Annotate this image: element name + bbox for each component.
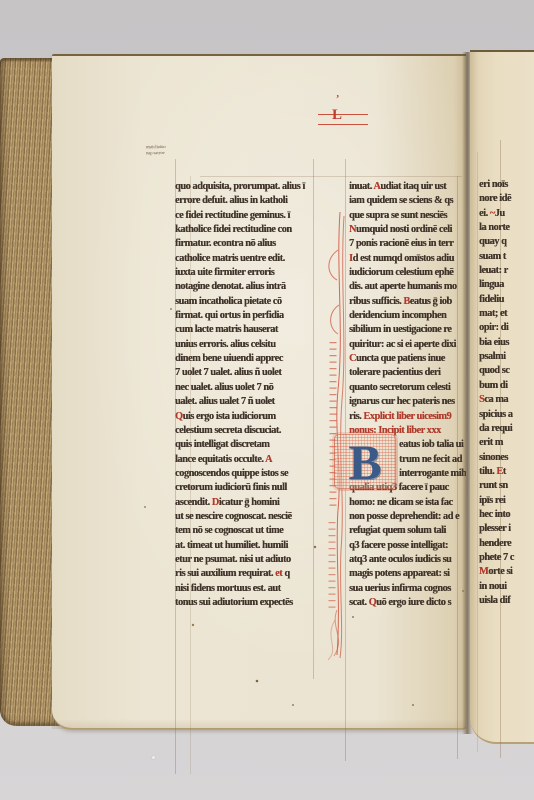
manuscript-line: ualet. alius ualet 7 ñ uolet bbox=[175, 395, 315, 409]
text-run: katholice fidei rectitudine con bbox=[175, 224, 292, 235]
text-run: quod sc bbox=[479, 365, 509, 376]
decorated-initial-penwork: B bbox=[334, 434, 396, 489]
text-run: q bbox=[282, 568, 289, 579]
text-run: homo: ne dicam se ista fac bbox=[349, 497, 453, 508]
manuscript-line: 7 ponis racionē eius in terr bbox=[349, 237, 466, 251]
manuscript-line: plesser i bbox=[479, 522, 534, 536]
manuscript-line: cretorum iudiciorū finis null bbox=[175, 481, 315, 495]
manuscript-line: Id est numqd omīstos adiu bbox=[349, 252, 466, 266]
text-run: atq3 ante oculos iudicis su bbox=[349, 554, 451, 565]
text-run: t bbox=[503, 466, 506, 477]
text-run: suam incatholica pietate cō bbox=[175, 296, 282, 307]
text-run: runt sn bbox=[479, 480, 508, 491]
text-run: ei. bbox=[479, 208, 490, 219]
manuscript-line: tonus sui adiutorium expectēs bbox=[175, 596, 315, 610]
manuscript-line: leuat: r bbox=[479, 264, 534, 278]
manuscript-line: Cuncta que patiens inue bbox=[349, 352, 466, 366]
manuscript-line: cognoscendos quippe istos se bbox=[175, 467, 315, 481]
manuscript-line: sinones bbox=[479, 451, 534, 465]
red-rule bbox=[318, 124, 368, 125]
manuscript-line: nec ualet. alius uolet 7 nō bbox=[175, 381, 315, 395]
manuscript-line: ce fidei rectitudine geminus. ī bbox=[175, 209, 315, 223]
text-run: tolerare pacientius deri bbox=[349, 367, 440, 378]
manuscript-line: psalmi bbox=[479, 350, 534, 364]
manuscript-line: nore idē bbox=[479, 192, 534, 206]
text-run: bia eius bbox=[479, 337, 509, 348]
manuscript-line: quay q bbox=[479, 235, 534, 249]
text-run: tilu. bbox=[479, 466, 496, 477]
manuscript-line: bum di bbox=[479, 379, 534, 393]
manuscript-line: atq3 ante oculos iudicis su bbox=[349, 553, 466, 567]
text-run: interrogante mihi bbox=[399, 468, 466, 479]
manuscript-line: firmatur. econtra nō alius bbox=[175, 237, 315, 251]
manuscript-line: tem nō se cognoscat ut time bbox=[175, 524, 315, 538]
text-run: sibilium in uestigacione re bbox=[349, 324, 451, 335]
manuscript-line: in noui bbox=[479, 580, 534, 594]
text-run: ribus sufficis. bbox=[349, 296, 403, 307]
text-run: iuxta uite firmiter erroris bbox=[175, 267, 274, 278]
manuscript-line: phete 7 c bbox=[479, 551, 534, 565]
marginal-gloss: msticlioiuo nap sacroe bbox=[146, 144, 180, 157]
text-run: erit m bbox=[479, 437, 503, 448]
text-run: nore idē bbox=[479, 193, 511, 204]
manuscript-line: quiritur: ac si ei aperte dixi bbox=[349, 338, 466, 352]
text-run: icatur ḡ homini bbox=[219, 497, 280, 508]
text-run: catholice matris uentre edit. bbox=[175, 253, 285, 264]
text-run: cretorum iudiciorū finis null bbox=[175, 482, 287, 493]
manuscript-line: lingua bbox=[479, 278, 534, 292]
manuscript-line: iuxta uite firmiter erroris bbox=[175, 266, 315, 280]
manuscript-line: at. timeat ut humiliet. humili bbox=[175, 539, 315, 553]
manuscript-line: refugiat quem solum tali bbox=[349, 524, 466, 538]
text-run: dinem bene uiuendi apprec bbox=[175, 353, 283, 364]
manuscript-line: sua uerius infirma cognos bbox=[349, 582, 466, 596]
manuscript-line: ignarus cur hec pateris nes bbox=[349, 395, 466, 409]
text-run: eatus iob talia ui bbox=[399, 439, 463, 450]
manuscript-line: Quis ergo ista iudiciorum bbox=[175, 410, 315, 424]
text-run: nisi fidens mortuus est. aut bbox=[175, 583, 281, 594]
text-run: fideliu bbox=[479, 294, 504, 305]
manuscript-line: fideliu bbox=[479, 293, 534, 307]
text-run: tonus sui adiutorium expectēs bbox=[175, 597, 293, 608]
manuscript-line: non posse deprehendit: ad e bbox=[349, 510, 466, 524]
text-run: lingua bbox=[479, 279, 504, 290]
manuscript-line: errore defuit. alius in katholi bbox=[175, 194, 315, 208]
manuscript-line: catholice matris uentre edit. bbox=[175, 252, 315, 266]
text-run: uncta que patiens inue bbox=[356, 353, 445, 364]
manuscript-line: 7 uolet 7 ualet. alius ñ uolet bbox=[175, 366, 315, 380]
red-tick-mark: ’ bbox=[336, 94, 339, 105]
text-run: iudiciorum celestium ephē bbox=[349, 267, 453, 278]
text-run: ignarus cur hec pateris nes bbox=[349, 396, 455, 407]
manuscript-line: magis potens appareat: si bbox=[349, 567, 466, 581]
text-run: 7 ponis racionē eius in terr bbox=[349, 238, 453, 249]
text-run: mat; et bbox=[479, 308, 507, 319]
manuscript-line: cum lacte matris hauserat bbox=[175, 323, 315, 337]
manuscript-line: bia eius bbox=[479, 336, 534, 350]
manuscript-line: katholice fidei rectitudine con bbox=[175, 223, 315, 237]
manuscript-line: Sca ma bbox=[479, 393, 534, 407]
manuscript-line: celestium secreta discuciat. bbox=[175, 424, 315, 438]
text-run: spicius a bbox=[479, 409, 512, 420]
manuscript-line: da requi bbox=[479, 422, 534, 436]
text-run: ualet. alius ualet 7 ñ uolet bbox=[175, 396, 275, 407]
text-run: ce fidei rectitudine geminus. ī bbox=[175, 210, 290, 221]
text-column-right: inuat. Audiat itaq uir ustiam quidem se … bbox=[349, 180, 466, 614]
text-run: udiat itaq uir ust bbox=[380, 181, 446, 192]
text-run: leuat: r bbox=[479, 265, 508, 276]
text-run: inuat. bbox=[349, 181, 373, 192]
manuscript-line: homo: ne dicam se ista fac bbox=[349, 496, 466, 510]
parchment-specks bbox=[52, 56, 54, 58]
manuscript-line: sibilium in uestigacione re bbox=[349, 323, 466, 337]
text-run: 7 uolet 7 ualet. alius ñ uolet bbox=[175, 367, 281, 378]
rubric-run: M bbox=[479, 566, 488, 577]
text-run: magis potens appareat: si bbox=[349, 568, 449, 579]
text-run: non posse deprehendit: ad e bbox=[349, 511, 459, 522]
manuscript-line: eri noīs bbox=[479, 178, 534, 192]
text-run: q3 facere posse intelligat: bbox=[349, 540, 448, 551]
text-run: quanto secretorum celesti bbox=[349, 382, 450, 393]
text-run: bum di bbox=[479, 380, 508, 391]
manuscript-line: tilu. Et bbox=[479, 465, 534, 479]
text-run: ris sui auxilium requirat. bbox=[175, 568, 275, 579]
manuscript-line: quis intelligat discretam bbox=[175, 438, 315, 452]
manuscript-line: nisi fidens mortuus est. aut bbox=[175, 582, 315, 596]
text-run: eatus ḡ iob bbox=[410, 296, 452, 307]
manuscript-line: hendere bbox=[479, 537, 534, 551]
text-run: ca ma bbox=[484, 394, 508, 405]
text-column-left: quo adquisita, prorumpat. alius īerrore … bbox=[175, 180, 315, 614]
text-run: uis ergo ista iudiciorum bbox=[183, 411, 276, 422]
text-run: Ju bbox=[495, 208, 505, 219]
text-run: hec into bbox=[479, 509, 510, 520]
text-run: celestium secreta discuciat. bbox=[175, 425, 281, 436]
manuscript-line: que supra se sunt nesciēs bbox=[349, 209, 466, 223]
red-rule bbox=[318, 114, 368, 115]
manuscript-line: ei. ~Ju bbox=[479, 207, 534, 221]
manuscript-line: ut se nescire cognoscat. nesciē bbox=[175, 510, 315, 524]
text-run: deridencium incomphen bbox=[349, 310, 446, 321]
text-run: sinones bbox=[479, 452, 508, 463]
text-run: nec ualet. alius uolet 7 nō bbox=[175, 382, 273, 393]
manuscript-line: lance equitatis occulte. A bbox=[175, 453, 315, 467]
manuscript-line: firmat. qui ortus in perfidia bbox=[175, 309, 315, 323]
manuscript-line: notagine denotat. alius intrā bbox=[175, 280, 315, 294]
manuscript-line: mat; et bbox=[479, 307, 534, 321]
manuscript-line: deridencium incomphen bbox=[349, 309, 466, 323]
ruling-line-top bbox=[200, 176, 462, 177]
text-run: uō ergo iure dicto s bbox=[376, 597, 451, 608]
text-run: iam quidem se sciens & qs bbox=[349, 195, 453, 206]
manuscript-line: ipīs rei bbox=[479, 494, 534, 508]
text-run: cum lacte matris hauserat bbox=[175, 324, 278, 335]
rubric-run: Q bbox=[175, 411, 183, 422]
manuscript-line: runt sn bbox=[479, 479, 534, 493]
manuscript-line: Morte si bbox=[479, 565, 534, 579]
text-run: dis. aut aperte humanis mo bbox=[349, 281, 457, 292]
manuscript-line: ris. Explicit liber uicesim9 bbox=[349, 410, 466, 424]
manuscript-line: suam t bbox=[479, 250, 534, 264]
text-run: opir: di bbox=[479, 322, 508, 333]
text-run: umquid nosti ordinē celi bbox=[356, 224, 452, 235]
manuscript-line: iudiciorum celestium ephē bbox=[349, 266, 466, 280]
manuscript-line: la norte bbox=[479, 221, 534, 235]
manuscript-line: inuat. Audiat itaq uir ust bbox=[349, 180, 466, 194]
text-run: at. timeat ut humiliet. humili bbox=[175, 540, 288, 551]
text-run: d est numqd omīstos adiu bbox=[353, 253, 454, 264]
text-run: sua uerius infirma cognos bbox=[349, 583, 451, 594]
dust-speck bbox=[152, 756, 155, 759]
text-run: firmat. qui ortus in perfidia bbox=[175, 310, 284, 321]
text-run: la norte bbox=[479, 222, 509, 233]
text-run: psalmi bbox=[479, 351, 505, 362]
text-run: trum ne fecit ad bbox=[399, 454, 462, 465]
text-run: suam t bbox=[479, 251, 506, 262]
manuscript-line: unius erroris. alius celsitu bbox=[175, 338, 315, 352]
text-run: ascendit. bbox=[175, 497, 212, 508]
manuscript-line: tolerare pacientius deri bbox=[349, 366, 466, 380]
quire-letter: L bbox=[332, 108, 342, 123]
rubric-run: A bbox=[265, 454, 272, 465]
text-run: phete 7 c bbox=[479, 552, 514, 563]
manuscript-line: q3 facere posse intelligat: bbox=[349, 539, 466, 553]
text-run: tem nō se cognoscat ut time bbox=[175, 525, 283, 536]
manuscript-line: opir: di bbox=[479, 321, 534, 335]
manuscript-line: spicius a bbox=[479, 408, 534, 422]
text-run: etur ne psumat. nisi ut adiuto bbox=[175, 554, 291, 565]
text-run: da requi bbox=[479, 423, 512, 434]
text-run: ut se nescire cognoscat. nesciē bbox=[175, 511, 292, 522]
manuscript-line: uisla dif bbox=[479, 594, 534, 608]
text-run: uisla dif bbox=[479, 595, 510, 606]
gloss-line: nap sacroe bbox=[146, 150, 180, 157]
text-run: plesser i bbox=[479, 523, 511, 534]
manuscript-line: quo adquisita, prorumpat. alius ī bbox=[175, 180, 315, 194]
text-run: in noui bbox=[479, 581, 506, 592]
open-manuscript-book: ’ L msticlioiuo nap sacroe quo adquisita… bbox=[0, 52, 534, 744]
facing-text-column: eri noīsnore idēei. ~Jula nortequay qsua… bbox=[479, 178, 534, 614]
text-run: quo adquisita, prorumpat. alius ī bbox=[175, 181, 305, 192]
manuscript-line: ribus sufficis. Beatus ḡ iob bbox=[349, 295, 466, 309]
manuscript-line: etur ne psumat. nisi ut adiuto bbox=[175, 553, 315, 567]
text-run: firmatur. econtra nō alius bbox=[175, 238, 276, 249]
text-run: quay q bbox=[479, 236, 506, 247]
text-run: unius erroris. alius celsitu bbox=[175, 339, 276, 350]
manuscript-line: ascendit. Dicatur ḡ homini bbox=[175, 496, 315, 510]
manuscript-line: dinem bene uiuendi apprec bbox=[175, 352, 315, 366]
initial-letter-b: B bbox=[348, 437, 381, 487]
manuscript-line: quanto secretorum celesti bbox=[349, 381, 466, 395]
text-run: quis intelligat discretam bbox=[175, 439, 269, 450]
text-run: hendere bbox=[479, 538, 511, 549]
manuscript-line: Numquid nosti ordinē celi bbox=[349, 223, 466, 237]
text-run: errore defuit. alius in katholi bbox=[175, 195, 287, 206]
text-run: ipīs rei bbox=[479, 495, 505, 506]
manuscript-line: quod sc bbox=[479, 364, 534, 378]
text-run: cognoscendos quippe istos se bbox=[175, 468, 288, 479]
text-run: quiritur: ac si ei aperte dixi bbox=[349, 339, 456, 350]
manuscript-line: dis. aut aperte humanis mo bbox=[349, 280, 466, 294]
text-run: lance equitatis occulte. bbox=[175, 454, 265, 465]
text-run: eri noīs bbox=[479, 179, 508, 190]
text-run: notagine denotat. alius intrā bbox=[175, 281, 286, 292]
manuscript-line: erit m bbox=[479, 436, 534, 450]
manuscript-line: suam incatholica pietate cō bbox=[175, 295, 315, 309]
manuscript-line: hec into bbox=[479, 508, 534, 522]
text-run: orte si bbox=[488, 566, 512, 577]
manuscript-line: ris sui auxilium requirat. et q bbox=[175, 567, 315, 581]
text-run: refugiat quem solum tali bbox=[349, 525, 446, 536]
text-run: que supra se sunt nesciēs bbox=[349, 210, 447, 221]
rubric-run: D bbox=[212, 497, 219, 508]
manuscript-line: scat. Quō ergo iure dicto s bbox=[349, 596, 466, 610]
rubric-run: Explicit liber uicesim9 bbox=[363, 411, 451, 422]
manuscript-line: iam quidem se sciens & qs bbox=[349, 194, 466, 208]
ruling-line bbox=[477, 152, 478, 752]
